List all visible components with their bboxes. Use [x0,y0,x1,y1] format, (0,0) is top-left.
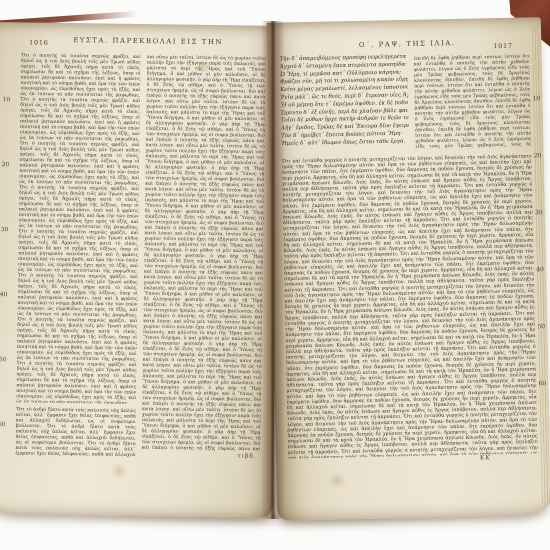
mnum: 60 [537,380,547,387]
left-catchword: τιβδ. [237,453,256,459]
gutter-shadow [261,21,285,519]
verse-line: Ἡμεῖς δ᾽ αὖτ᾽ ἴδωμεν ὅπως ἔσται τάδε ἔργ… [281,137,409,147]
left-margin-line-numbers: 102030405060 [0,96,13,428]
book-photo: 1016 ΕΥΣΤΑ. ΠΑΡΕΚΒΟΛΑΙ ΕΙΣ ΤΗΝ 102030405… [0,0,550,550]
mnum: 20 [533,152,543,159]
mnum: 60 [0,421,9,428]
left-running-header: ΕΥΣΤΑ. ΠΑΡΕΚΒΟΛΑΙ ΕΙΣ ΤΗΝ [61,36,235,46]
left-page: 1016 ΕΥΣΤΑ. ΠΑΡΕΚΒΟΛΑΙ ΕΙΣ ΤΗΝ 102030405… [0,22,279,518]
right-column-commentary-text: ἐπειδὴ δὲ ἔφθη ῥηθῆναι περὶ τούτων, ἰστέ… [414,53,532,149]
left-column-1-text-continued: Ὅτι τὸ ἀνδρὶ ἤϊκτο κατὰ τοὺς παλαιοὺς οὐ… [15,406,136,457]
left-column-1-text: Ὅτι ὁ ποιητὴς τὰ τοιαῦτα σεμνῶς φράζει, … [16,52,141,404]
mnum: 40 [0,291,11,298]
mnum: 30 [0,226,12,233]
left-page-number: 1016 [29,39,49,47]
mnum: 10 [531,95,541,102]
foxing-spot [326,473,348,487]
mnum: 20 [0,161,13,168]
right-page: Ο΄, ΡΑΨ, ΤΗΣ ΙΛΙΑ. 1017 Τὴν δ᾽ ἀπαμειβόμ… [267,17,550,521]
foxing-spot [109,464,129,478]
main-commentary-text: Ὅτι καὶ ἐνταῦθα γοργῶς ὁ ποιητὴς μεταχει… [282,153,538,458]
mnum: 10 [0,96,13,103]
gathering-signature-mark: ΚΚ [480,455,491,461]
mnum: 50 [0,356,10,363]
mnum: 40 [535,266,545,273]
left-column-2-text: καὶ οὕτω μὲν ταῦτα. ἰστέον δὲ ὡς τὸ χωρί… [141,54,266,452]
homeric-verse-block: Τὴν δ᾽ ἀπαμειβόμενος προσέφη νεφεληγερέτ… [280,53,410,153]
right-page-number: 1017 [493,42,513,50]
mnum: 30 [534,209,544,216]
right-running-header: Ο΄, ΡΑΨ, ΤΗΣ ΙΛΙΑ. [325,38,489,49]
verse-lines: Τὴν δ᾽ ἀπαμειβόμενος προσέφη νεφεληγερέτ… [280,53,410,153]
mnum: 50 [536,323,546,330]
